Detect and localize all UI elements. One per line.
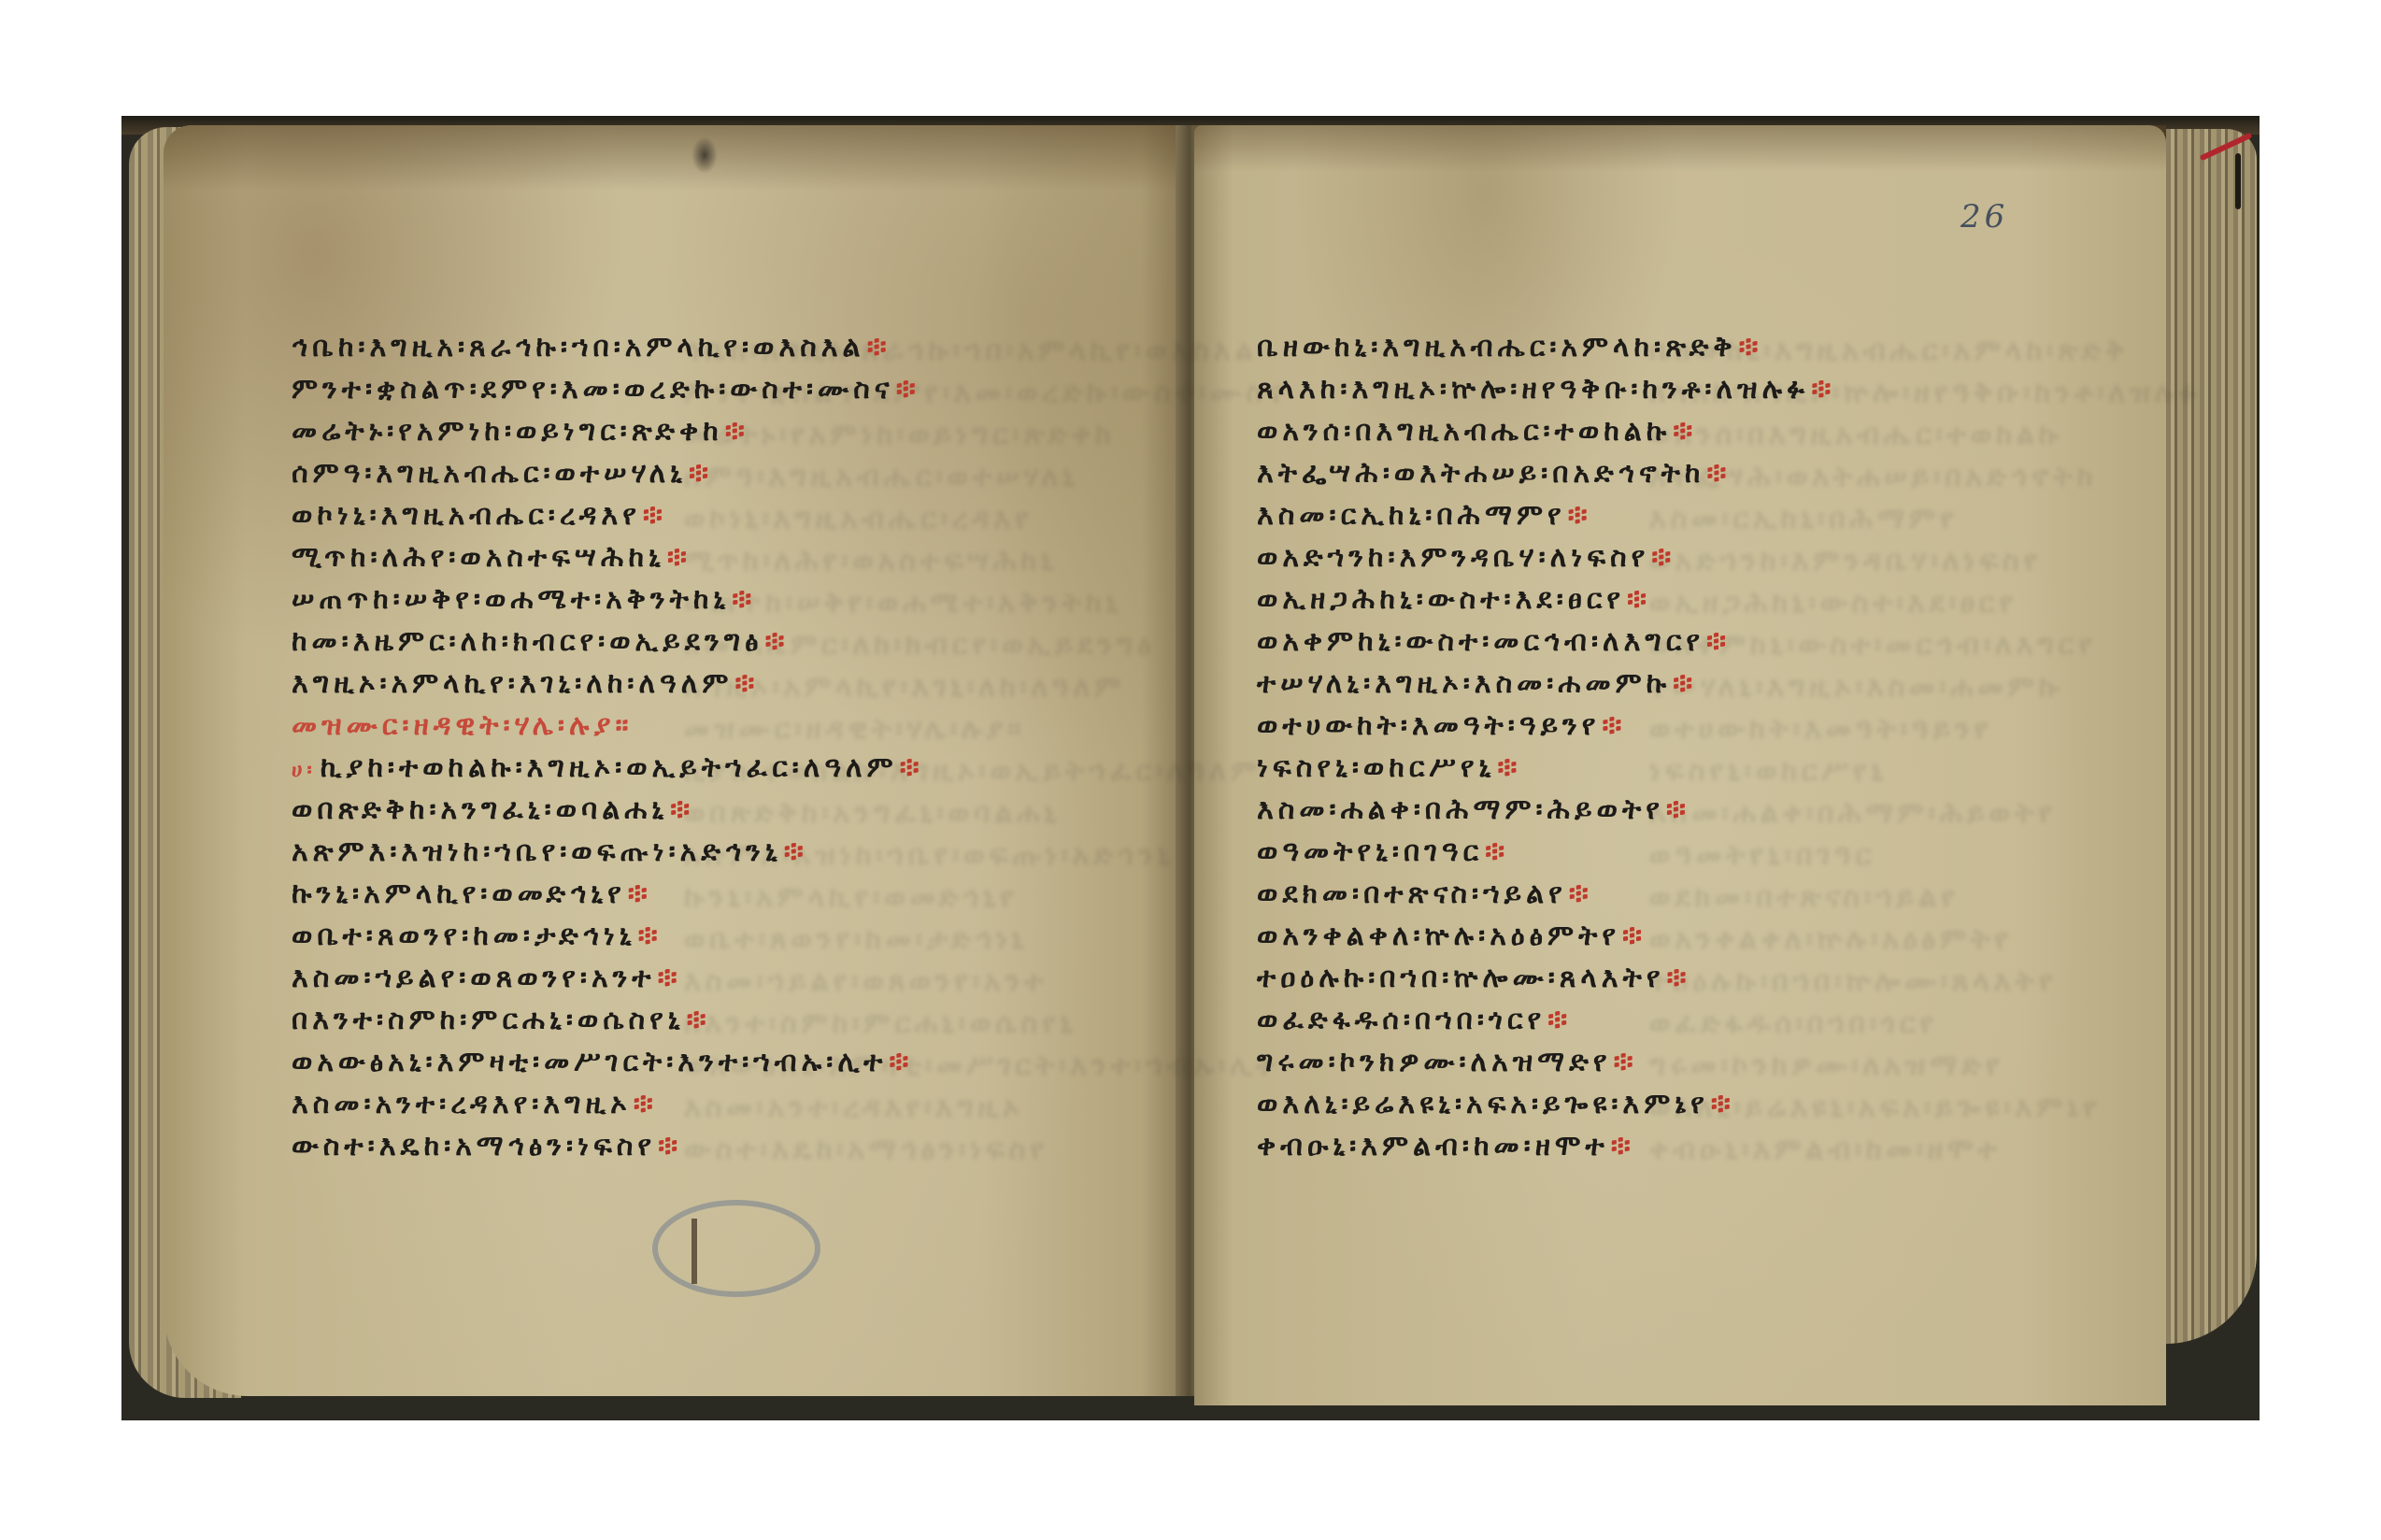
show-through-text: መዝሙር፡ዘዳዊት፡ሃሌ፡ሉያ። — [684, 713, 1026, 746]
ink-stroke — [691, 1219, 697, 1284]
verse-end-mark: ፨ — [1568, 499, 1592, 532]
water-stain — [1194, 125, 2166, 172]
water-stain — [164, 125, 1182, 191]
verse-end-mark: ፨ — [867, 331, 891, 364]
text-line: እስመ፡ርኢከኒ፡በሕማምየ፨ — [1257, 499, 1592, 533]
folio-number: 26 — [1960, 198, 2008, 235]
show-through-text: ኩንኒ፡አምላኪየ፡ወመድኅኒየ — [684, 881, 1019, 914]
verse-end-mark: ፨ — [1622, 920, 1647, 952]
show-through-text: እስመ፡አንተ፡ረዳእየ፡እግዚኦ — [684, 1091, 1024, 1124]
text-line: በእንተ፡ስምከ፡ምርሐኒ፡ወሴስየኒ፨ — [292, 1004, 711, 1037]
show-through-text: ወቤተ፡ጸወንየ፡ከመ፡ታድኅነኒ — [684, 923, 1029, 956]
verse-end-mark: ፨ — [1627, 583, 1651, 616]
verse-end-mark: ፨ — [634, 1088, 658, 1120]
verse-text: እስመ፡ሐልቀ፡በሕማም፡ሕይወትየ — [1257, 793, 1664, 826]
verse-text: መዝሙር፡ዘዳዊት፡ሃሌ፡ሉያ። — [292, 709, 634, 742]
verse-end-mark: ፨ — [689, 457, 713, 490]
verse-text: ኅቤከ፡እግዚአ፡ጸራኅኩ፡ኀበ፡አምላኪየ፡ወእስእል — [292, 331, 865, 364]
verse-text: ወኮነኒ፡እግዚአብሔር፡ረዳእየ — [292, 499, 641, 532]
verse-end-mark: ፨ — [658, 1130, 682, 1162]
verse-text: ጸላእከ፡እግዚኦ፡ኵሎ፡ዘየዓቅቡ፡ከንቶ፡ለዝሉፉ — [1257, 373, 1809, 406]
text-line: እስመ፡አንተ፡ረዳእየ፡እግዚኦ፨ — [292, 1088, 658, 1121]
verse-end-mark: ፨ — [1706, 625, 1731, 658]
verse-end-mark: ፨ — [643, 499, 667, 532]
verse-end-mark: ፨ — [1651, 541, 1675, 574]
text-line: ምንተ፡ቋስልጥ፡ደምየ፡እመ፡ወረድኩ፡ውስተ፡ሙስና፨ — [292, 373, 920, 406]
text-line: እትፌሣሕ፡ወእትሐሠይ፡በአድኅኖትከ፨ — [1257, 457, 1731, 491]
verse-text: እስመ፡አንተ፡ረዳእየ፡እግዚኦ — [292, 1088, 632, 1120]
verse-end-mark: ፨ — [1673, 415, 1697, 448]
verse-text: ወዓመትየኒ፡በገዓር — [1257, 835, 1483, 868]
verse-text: እግዚኦ፡አምላኪየ፡እገኒ፡ለከ፡ለዓለም — [292, 667, 733, 700]
text-line: ወቤተ፡ጸወንየ፡ከመ፡ታድኅነኒ፨ — [292, 920, 663, 953]
text-line: ወፈድፋዱሰ፡በኀበ፡ጎርየ፨ — [1257, 1004, 1572, 1037]
show-through-text: ተዐዕሉኩ፡በኀበ፡ኵሎሙ፡ጸላእትየ — [1649, 965, 2058, 998]
verse-text: ወአንሰ፡በእግዚአብሔር፡ተወከልኩ — [1257, 415, 1671, 448]
verse-text: ኩንኒ፡አምላኪየ፡ወመድኅኒየ — [292, 877, 626, 910]
verse-end-mark: ፨ — [889, 1046, 913, 1078]
text-line: ወአንቀልቀለ፡ኵሉ፡አዕፅምትየ፨ — [1257, 920, 1647, 953]
right-page-stack — [2166, 129, 2257, 1344]
text-line: እስመ፡ኀይልየ፡ወጸወንየ፡አንተ፨ — [292, 962, 682, 995]
text-line: ከመ፡እዜምር፡ለከ፡ክብርየ፡ወኢይደንግፅ፨ — [292, 625, 790, 659]
verse-text: ኪያከ፡ተወከልኩ፡እግዚኦ፡ወኢይትኀፈር፡ለዓለም — [321, 751, 898, 784]
verse-text: ወቤተ፡ጸወንየ፡ከመ፡ታድኅነኒ — [292, 920, 636, 952]
verse-end-mark: ፨ — [638, 920, 663, 952]
manuscript-photo: 26 ኅቤከ፡እግዚአ፡ጸራኅኩ፡ኀበ፡አምላኪየ፡ወእስእልኅቤከ፡እግዚአ፡… — [121, 116, 2260, 1420]
verse-text: ተሠሃለኒ፡እግዚኦ፡እስመ፡ሐመምኩ — [1257, 667, 1671, 700]
show-through-text: እስመ፡ኀይልየ፡ወጸወንየ፡አንተ — [684, 965, 1048, 998]
verse-text: ወደክመ፡በተጽናስ፡ኀይልየ — [1257, 877, 1567, 910]
text-line: ነፍስየኒ፡ወከርሥየኒ፨ — [1257, 751, 1521, 785]
rubric-initial: ሀ፡ — [292, 759, 317, 782]
show-through-text: ወአንሰ፡በእግዚአብሔር፡ተወከልኩ — [1649, 419, 2063, 451]
verse-text: እትፌሣሕ፡ወእትሐሠይ፡በአድኅኖትከ — [1257, 457, 1704, 490]
verse-text: ከመ፡እዜምር፡ለከ፡ክብርየ፡ወኢይደንግፅ — [292, 625, 763, 658]
verse-end-mark: ፨ — [628, 877, 652, 910]
text-line: ወኢዘጋሕከኒ፡ውስተ፡እደ፡ፀርየ፨ — [1257, 583, 1651, 617]
verse-text: ወአንቀልቀለ፡ኵሉ፡አዕፅምትየ — [1257, 920, 1620, 952]
show-through-text: ወደክመ፡በተጽናስ፡ኀይልየ — [1649, 881, 1960, 914]
show-through-text: ወበጽድቅከ፡አንግፈኒ፡ወባልሐኒ — [684, 797, 1061, 830]
verse-text: ነፍስየኒ፡ወከርሥየኒ — [1257, 751, 1495, 784]
text-line: ወተሀውከት፡እመዓት፡ዓይንየ፨ — [1257, 709, 1626, 743]
text-line: ወአንሰ፡በእግዚአብሔር፡ተወከልኩ፨ — [1257, 415, 1697, 449]
verse-end-mark: ፨ — [1602, 709, 1626, 742]
text-line: ሀ፡ኪያከ፡ተወከልኩ፡እግዚኦ፡ወኢይትኀፈር፡ለዓለም፨ — [292, 751, 924, 788]
verse-end-mark: ፨ — [1667, 962, 1691, 994]
left-page-text: ኅቤከ፡እግዚአ፡ጸራኅኩ፡ኀበ፡አምላኪየ፡ወእስእልኅቤከ፡እግዚአ፡ጸራኅ… — [292, 331, 1133, 1172]
text-line: ወአድኀንከ፡እምንዳቤሃ፡ለነፍስየ፨ — [1257, 541, 1675, 575]
verse-text: ወአቀምከኒ፡ውስተ፡መርኅብ፡ለእግርየ — [1257, 625, 1704, 658]
verse-end-mark: ፨ — [1711, 1088, 1735, 1120]
verse-text: ግሩመ፡ኮንክዎሙ፡ለአዝማድየ — [1257, 1046, 1612, 1078]
verse-end-mark: ፨ — [725, 415, 749, 448]
verse-text: መሬትኑ፡የአምነከ፡ወይነግር፡ጽድቀከ — [292, 415, 723, 448]
text-line: ኅቤከ፡እግዚአ፡ጸራኅኩ፡ኀበ፡አምላኪየ፡ወእስእል፨ — [292, 331, 891, 364]
text-line: ውስተ፡እዴከ፡አማኅፅን፡ነፍስየ፨ — [292, 1130, 682, 1163]
text-line: ወበጽድቅከ፡አንግፈኒ፡ወባልሐኒ፨ — [292, 793, 694, 827]
verse-end-mark: ፨ — [1485, 835, 1509, 868]
verse-end-mark: ፨ — [1666, 793, 1690, 826]
verse-end-mark: ፨ — [1706, 457, 1731, 490]
binding-thread — [2235, 153, 2241, 209]
text-line: መሬትኑ፡የአምነከ፡ወይነግር፡ጽድቀከ፨ — [292, 415, 749, 449]
text-line: ግሩመ፡ኮንክዎሙ፡ለአዝማድየ፨ — [1257, 1046, 1638, 1079]
text-line: ቀብዑኒ፡እምልብ፡ከመ፡ዘሞተ፨ — [1257, 1130, 1635, 1163]
verse-end-mark: ፨ — [765, 625, 790, 658]
verse-end-mark: ፨ — [734, 667, 759, 700]
verse-text: ተዐዕሉኩ፡በኀበ፡ኵሎሙ፡ጸላእትየ — [1257, 962, 1665, 994]
show-through-text: ወአድኀንከ፡እምንዳቤሃ፡ለነፍስየ — [1649, 545, 2042, 577]
show-through-text: ወአንቀልቀለ፡ኵሉ፡አዕፅምትየ — [1649, 923, 2013, 956]
text-line: አጽምእ፡እዝነከ፡ኀቤየ፡ወፍጡነ፡አድኅንኒ፨ — [292, 835, 808, 869]
show-through-text: ወኢዘጋሕከኒ፡ውስተ፡እደ፡ፀርየ — [1649, 587, 2017, 620]
verse-end-mark: ፨ — [732, 583, 756, 616]
show-through-text: ወዓመትየኒ፡በገዓር — [1649, 839, 1875, 872]
verse-text: ቤዘውከኒ፡እግዚአብሔር፡አምላከ፡ጽድቅ — [1257, 331, 1737, 364]
verse-text: ወፈድፋዱሰ፡በኀበ፡ጎርየ — [1257, 1004, 1546, 1036]
text-line: ተሠሃለኒ፡እግዚኦ፡እስመ፡ሐመምኩ፨ — [1257, 667, 1697, 701]
verse-text: ሰምዓ፡እግዚአብሔር፡ወተሠሃለኒ — [292, 457, 687, 490]
verse-text: እስመ፡ኀይልየ፡ወጸወንየ፡አንተ — [292, 962, 656, 994]
show-through-text: ወፈድፋዱሰ፡በኀበ፡ጎርየ — [1649, 1007, 1938, 1040]
text-line: ሰምዓ፡እግዚአብሔር፡ወተሠሃለኒ፨ — [292, 457, 713, 491]
text-line: ጸላእከ፡እግዚኦ፡ኵሎ፡ዘየዓቅቡ፡ከንቶ፡ለዝሉፉ፨ — [1257, 373, 1835, 406]
verse-text: ውስተ፡እዴከ፡አማኅፅን፡ነፍስየ — [292, 1130, 656, 1162]
verse-end-mark: ፨ — [670, 793, 694, 826]
verse-text: ምንተ፡ቋስልጥ፡ደምየ፡እመ፡ወረድኩ፡ውስተ፡ሙስና — [292, 373, 894, 406]
show-through-text: ሰምዓ፡እግዚአብሔር፡ወተሠሃለኒ — [684, 461, 1079, 493]
verse-end-mark: ፨ — [1811, 373, 1835, 406]
text-line: እግዚኦ፡አምላኪየ፡እገኒ፡ለከ፡ለዓለም፨ — [292, 667, 759, 701]
show-through-text: ሚጥከ፡ለሕየ፡ወአስተፍሣሕከኒ — [684, 545, 1058, 577]
verse-end-mark: ፨ — [687, 1004, 711, 1036]
verse-text: ቀብዑኒ፡እምልብ፡ከመ፡ዘሞተ — [1257, 1130, 1609, 1162]
show-through-text: ቀብዑኒ፡እምልብ፡ከመ፡ዘሞተ — [1649, 1134, 2002, 1166]
verse-text: ወበጽድቅከ፡አንግፈኒ፡ወባልሐኒ — [292, 793, 668, 826]
verse-end-mark: ፨ — [658, 962, 682, 994]
verse-end-mark: ፨ — [1547, 1004, 1572, 1036]
text-line: ወዓመትየኒ፡በገዓር፨ — [1257, 835, 1509, 869]
verse-end-mark: ፨ — [900, 751, 924, 784]
verse-text: በእንተ፡ስምከ፡ምርሐኒ፡ወሴስየኒ — [292, 1004, 685, 1036]
verse-end-mark: ፨ — [896, 373, 920, 406]
show-through-text: ውስተ፡እዴከ፡አማኅፅን፡ነፍስየ — [684, 1134, 1048, 1166]
show-through-text: ተሠሃለኒ፡እግዚኦ፡እስመ፡ሐመምኩ — [1649, 671, 2063, 704]
show-through-text: ወተሀውከት፡እመዓት፡ዓይንየ — [1649, 713, 1992, 746]
verse-text: እስመ፡ርኢከኒ፡በሕማምየ — [1257, 499, 1566, 532]
text-line: እስመ፡ሐልቀ፡በሕማም፡ሕይወትየ፨ — [1257, 793, 1690, 827]
right-page-text: ቤዘውከኒ፡እግዚአብሔር፡አምላከ፡ጽድቅቤዘውከኒ፡እግዚአብሔር፡አምላከ… — [1257, 331, 2098, 1172]
show-through-text: ነፍስየኒ፡ወከርሥየኒ — [1649, 755, 1888, 788]
verse-text: ወአውፅአኒ፡እምዛቲ፡መሥገርት፡እንተ፡ኀብኡ፡ሊተ — [292, 1046, 887, 1078]
verse-text: ወተሀውከት፡እመዓት፡ዓይንየ — [1257, 709, 1600, 742]
show-through-text: ግሩመ፡ኮንክዎሙ፡ለአዝማድየ — [1649, 1049, 2004, 1082]
text-line: ወአውፅአኒ፡እምዛቲ፡መሥገርት፡እንተ፡ኀብኡ፡ሊተ፨ — [292, 1046, 913, 1079]
show-through-text: እስመ፡ርኢከኒ፡በሕማምየ — [1649, 503, 1959, 535]
show-through-text: ወኮነኒ፡እግዚአብሔር፡ረዳእየ — [684, 503, 1034, 535]
text-line: ወደክመ፡በተጽናስ፡ኀይልየ፨ — [1257, 877, 1593, 911]
verse-end-mark: ፨ — [784, 835, 808, 868]
verse-end-mark: ፨ — [1673, 667, 1697, 700]
text-line: መዝሙር፡ዘዳዊት፡ሃሌ፡ሉያ። — [292, 709, 634, 743]
library-stamp — [652, 1200, 820, 1297]
verse-text: ሚጥከ፡ለሕየ፡ወአስተፍሣሕከኒ — [292, 541, 665, 574]
show-through-text: እስመ፡ሐልቀ፡በሕማም፡ሕይወትየ — [1649, 797, 2057, 830]
verse-text: ወአድኀንከ፡እምንዳቤሃ፡ለነፍስየ — [1257, 541, 1649, 574]
text-line: ሠጠጥከ፡ሠቅየ፡ወሐሜተ፡አቅንትከኒ፨ — [292, 583, 756, 617]
text-line: ወኮነኒ፡እግዚአብሔር፡ረዳእየ፨ — [292, 499, 667, 533]
verse-end-mark: ፨ — [1569, 877, 1593, 910]
text-line: ሚጥከ፡ለሕየ፡ወአስተፍሣሕከኒ፨ — [292, 541, 691, 575]
text-line: ወአቀምከኒ፡ውስተ፡መርኅብ፡ለእግርየ፨ — [1257, 625, 1731, 659]
verse-end-mark: ፨ — [1614, 1046, 1638, 1078]
verse-text: ወኢዘጋሕከኒ፡ውስተ፡እደ፡ፀርየ — [1257, 583, 1625, 616]
verse-text: ወእለኒ፡ይሬእዩኒ፡አፍአ፡ይጐዩ፡እምኔየ — [1257, 1088, 1709, 1120]
verse-end-mark: ፨ — [667, 541, 691, 574]
ink-blot — [691, 136, 718, 174]
verse-end-mark: ፨ — [1739, 331, 1763, 364]
text-line: ቤዘውከኒ፡እግዚአብሔር፡አምላከ፡ጽድቅ፨ — [1257, 331, 1763, 364]
verse-text: ሠጠጥከ፡ሠቅየ፡ወሐሜተ፡አቅንትከኒ — [292, 583, 730, 616]
text-line: ኩንኒ፡አምላኪየ፡ወመድኅኒየ፨ — [292, 877, 652, 911]
verse-end-mark: ፨ — [1611, 1130, 1635, 1162]
verse-end-mark: ፨ — [1497, 751, 1521, 784]
verse-text: አጽምእ፡እዝነከ፡ኀቤየ፡ወፍጡነ፡አድኅንኒ — [292, 835, 782, 868]
text-line: ወእለኒ፡ይሬእዩኒ፡አፍአ፡ይጐዩ፡እምኔየ፨ — [1257, 1088, 1735, 1121]
show-through-text: በእንተ፡ስምከ፡ምርሐኒ፡ወሴስየኒ — [684, 1007, 1077, 1040]
text-line: ተዐዕሉኩ፡በኀበ፡ኵሎሙ፡ጸላእትየ፨ — [1257, 962, 1691, 995]
